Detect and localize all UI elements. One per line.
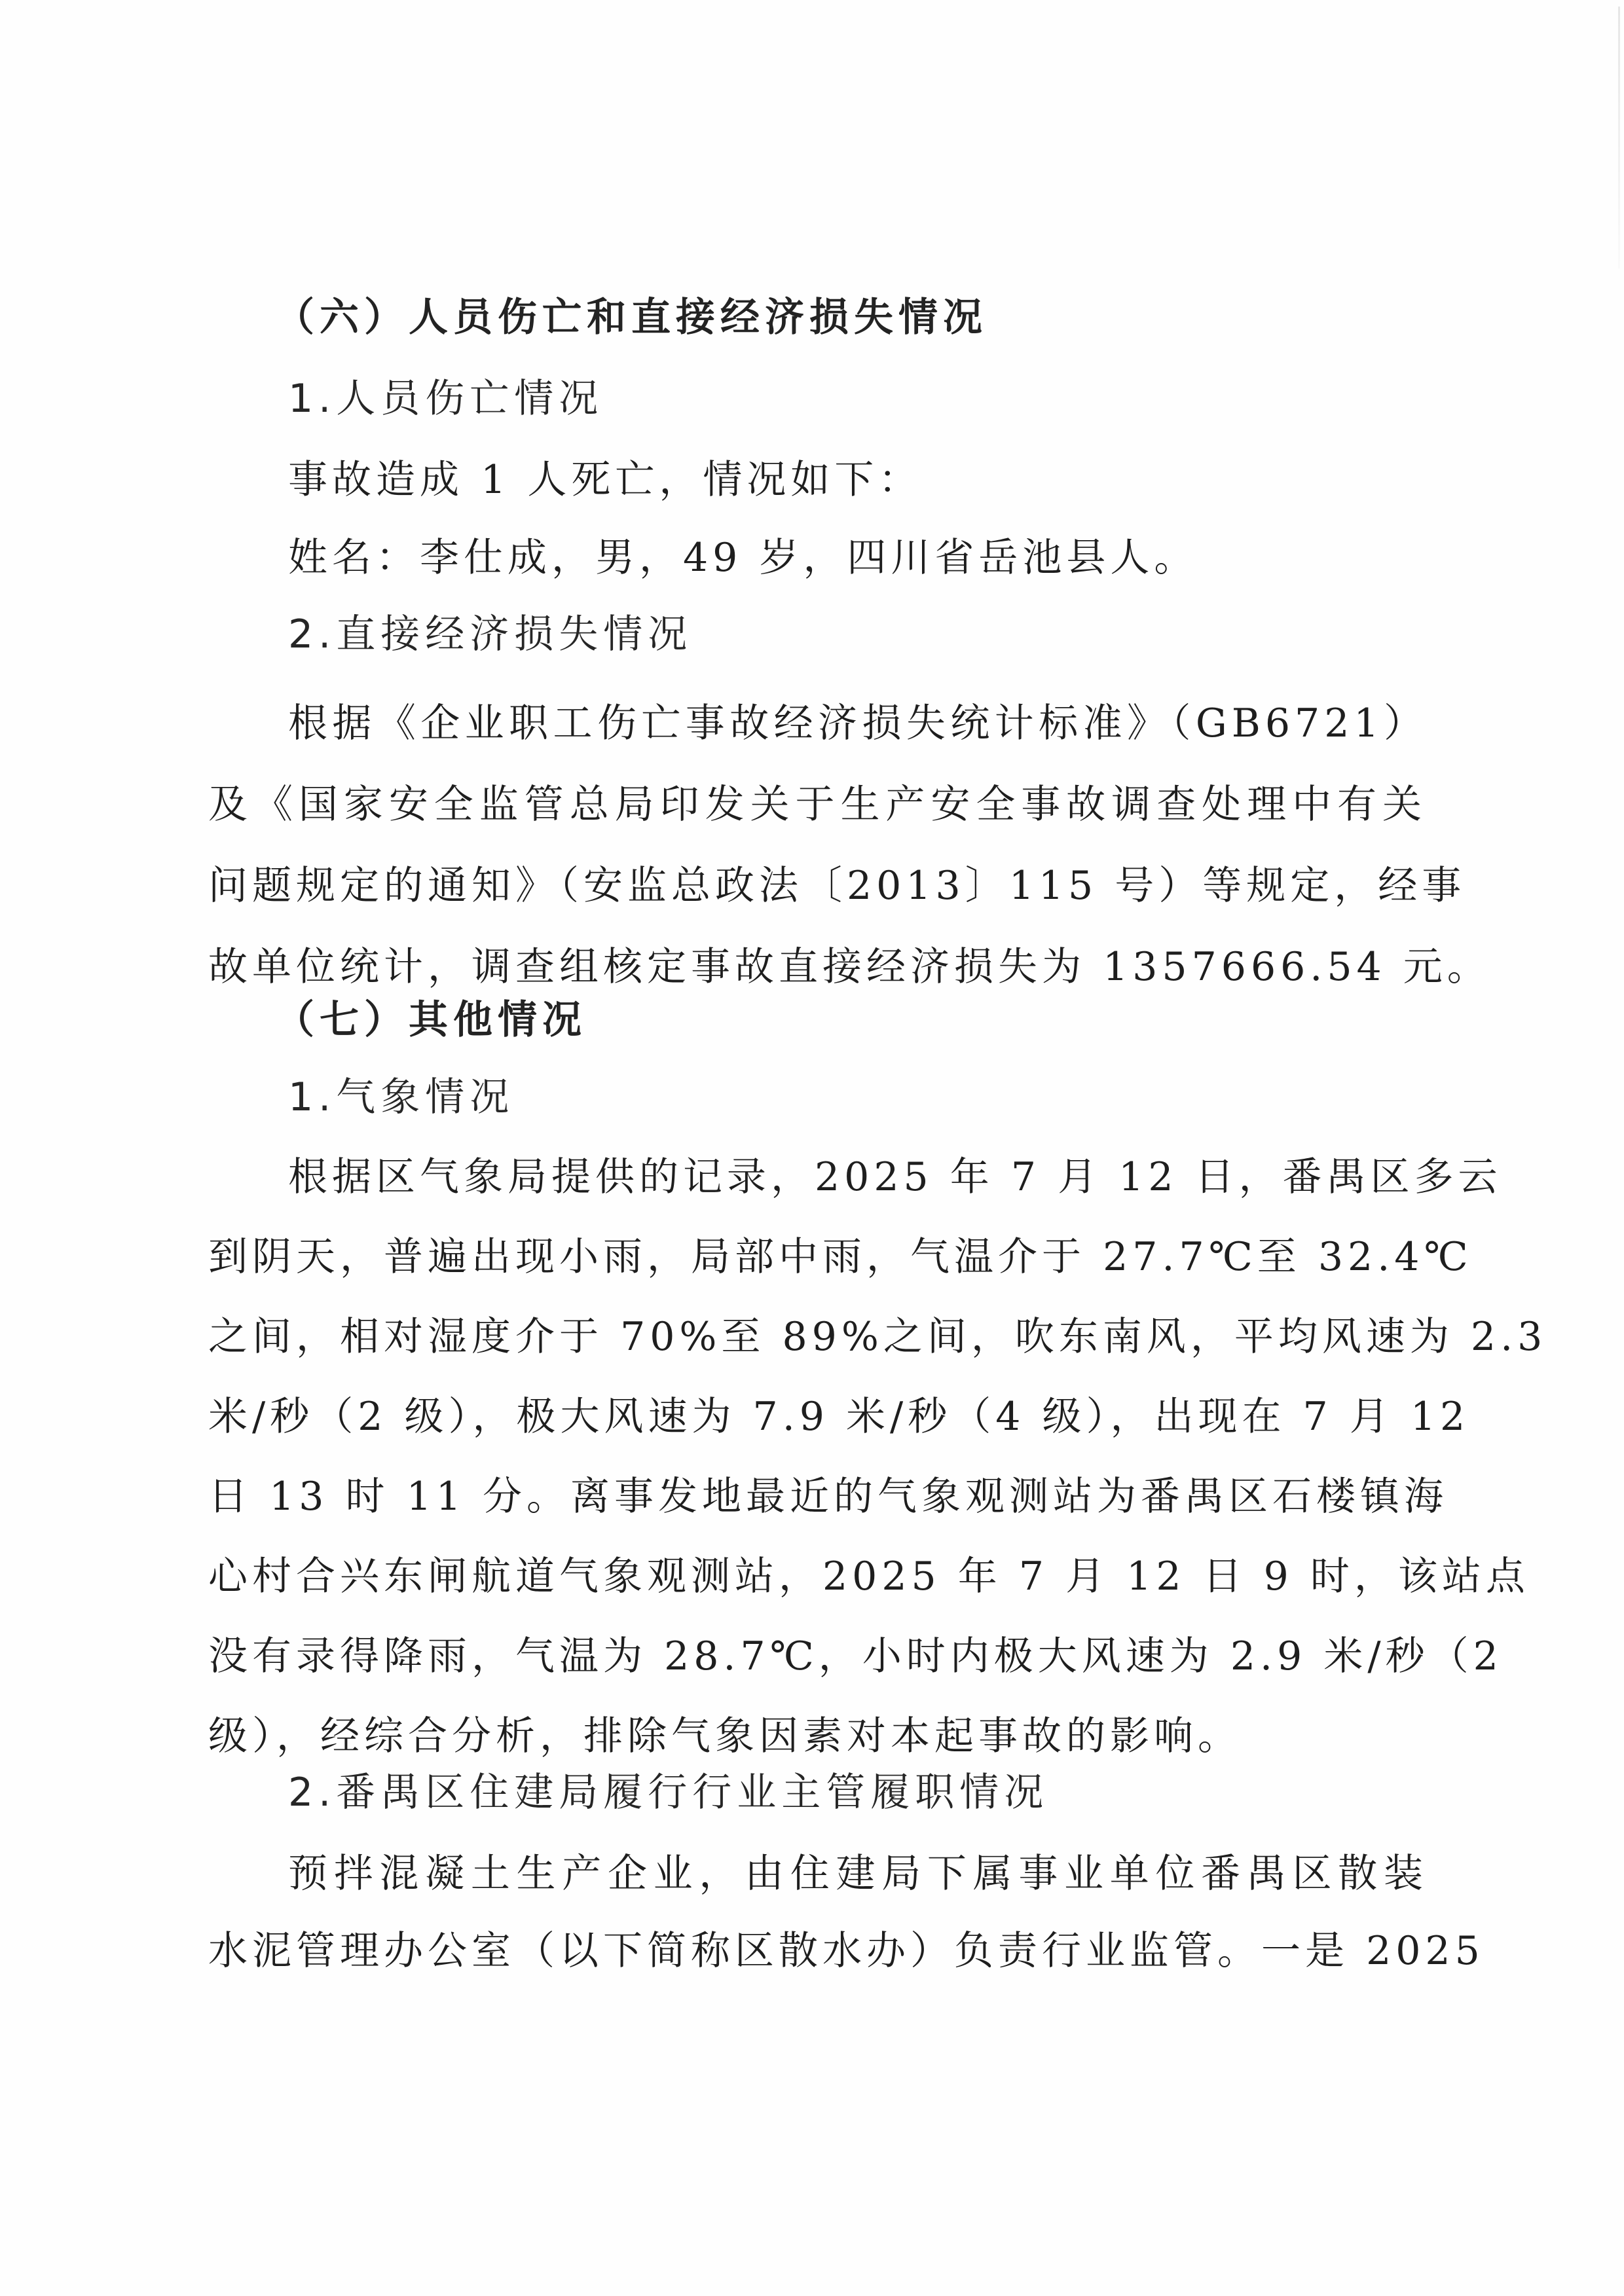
paragraph-housing-bureau-line-1: 预拌混凝土生产企业，由住建局下属事业单位番禺区散装	[288, 1848, 1428, 1900]
paragraph-weather-line-4: 米/秒（2 级），极大风速为 7.9 米/秒（4 级），出现在 7 月 12	[208, 1391, 1426, 1443]
document-page: （六）人员伤亡和直接经济损失情况 1.人员伤亡情况 事故造成 1 人死亡，情况如…	[0, 0, 1624, 2296]
scan-edge-shadow	[1618, 7, 1620, 268]
paragraph-economic-loss-line-1: 根据《企业职工伤亡事故经济损失统计标准》（GB6721）	[288, 697, 1428, 750]
paragraph-economic-loss-line-3: 问题规定的通知》（安监总政法〔2013〕115 号）等规定，经事	[208, 860, 1426, 912]
paragraph-economic-loss-line-4: 故单位统计，调查组核定事故直接经济损失为 1357666.54 元。	[208, 941, 1426, 993]
subsection-heading-economic-loss: 2.直接经济损失情况	[288, 608, 1506, 661]
subsection-heading-casualties: 1.人员伤亡情况	[288, 373, 1506, 425]
subsection-heading-housing-bureau: 2.番禺区住建局履行行业主管履职情况	[288, 1766, 1506, 1819]
paragraph-weather-line-5: 日 13 时 11 分。离事发地最近的气象观测站为番禺区石楼镇海	[208, 1470, 1426, 1523]
paragraph-weather-line-8: 级），经综合分析，排除气象因素对本起事故的影响。	[208, 1710, 1426, 1762]
paragraph-weather-line-2: 到阴天，普遍出现小雨，局部中雨，气温介于 27.7℃至 32.4℃	[208, 1231, 1426, 1283]
section-heading-other: （七）其他情况	[275, 994, 1493, 1046]
section-heading-casualties-losses: （六）人员伤亡和直接经济损失情况	[275, 291, 1493, 344]
paragraph-weather-line-3: 之间，相对湿度介于 70%至 89%之间，吹东南风，平均风速为 2.3	[208, 1311, 1426, 1363]
paragraph-economic-loss-line-2: 及《国家安全监管总局印发关于生产安全事故调查处理中有关	[208, 778, 1426, 831]
paragraph-casualty-count: 事故造成 1 人死亡，情况如下：	[288, 454, 1428, 506]
paragraph-housing-bureau-line-2: 水泥管理办公室（以下简称区散水办）负责行业监管。一是 2025	[208, 1925, 1426, 1977]
subsection-heading-weather: 1.气象情况	[288, 1071, 1506, 1123]
paragraph-weather-line-1: 根据区气象局提供的记录，2025 年 7 月 12 日，番禺区多云	[288, 1151, 1428, 1203]
paragraph-weather-line-7: 没有录得降雨，气温为 28.7℃，小时内极大风速为 2.9 米/秒（2	[208, 1630, 1426, 1683]
paragraph-victim-info: 姓名：李仕成，男，49 岁，四川省岳池县人。	[288, 532, 1428, 584]
paragraph-weather-line-6: 心村合兴东闸航道气象观测站，2025 年 7 月 12 日 9 时，该站点	[208, 1550, 1426, 1603]
